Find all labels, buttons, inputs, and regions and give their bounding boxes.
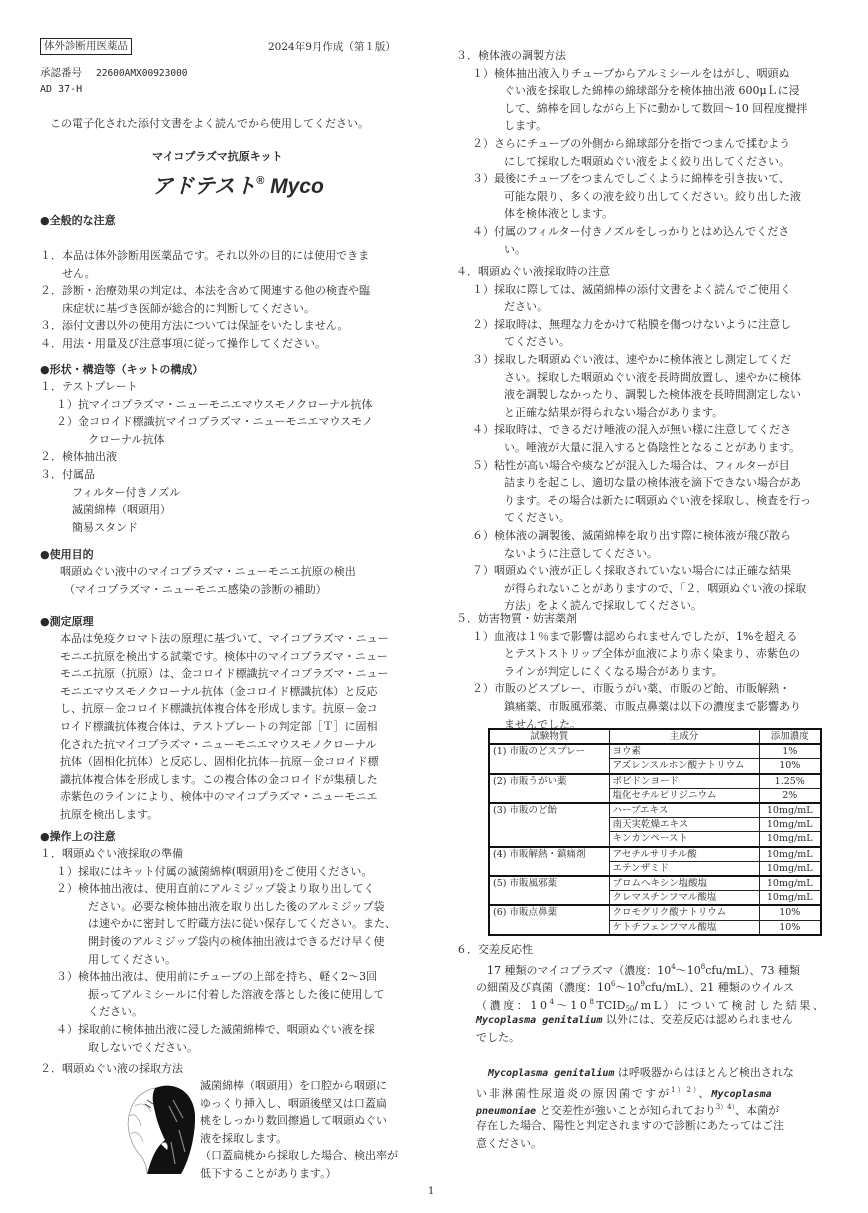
handling-sub4: ４．咽頭ぬぐい液採取時の注意 １）採取に際しては、滅菌綿棒の添付文書をよく読んで… [456,263,811,615]
paragraph-line: い非淋菌性尿道炎の原因菌ですが1）2）、Mycoplasma [456,1082,827,1100]
table-row: (3) 市販のど飴 ハーブエキス 10mg/mL [489,803,821,818]
list-item: ４）採取時は、できるだけ唾液の混入が無い様に注意してくださ [456,421,811,439]
list-item: ４）付属のフィルター付きノズルをしっかりとはめ込んでくださ [456,223,807,241]
list-item: ２）採取時は、無理な力をかけて粘膜を傷つけないように注意し [456,316,811,334]
list-item: てください。 [456,333,811,351]
general-precautions-heading: ●全般的な注意 [40,212,116,230]
list-item: ２）さらにチューブの外側から綿球部分を指でつまんで揉むよう [456,135,807,153]
list-item: 床症状に基づき医師が総合的に判断してください。 [40,300,370,318]
list-item: い。 [456,241,807,259]
handling-sub5: ５．妨害物質・妨害薬剤 １）血液は１％まで影響は認められませんでしたが、1%を超… [456,610,801,733]
list-item: 体を検体液とします。 [456,205,807,223]
list-item: ６）検体液の調製後、滅菌綿棒を取り出す際に検体液が飛び散ら [456,527,811,545]
list-item: １）検体抽出液入りチューブからアルミシールをはがし、咽頭ぬ [456,65,807,83]
paragraph-line: 存在した場合、陽性と判定されますので診断にあたってはご注 [456,1117,827,1135]
text-run: cfu/mL）、21 種類のウイルス [645,981,794,994]
component-cell: アセチルサリチル酸 [609,847,759,862]
list-item: ３．付属品 [40,466,373,484]
intended-use-heading: ●使用目的 [40,546,94,564]
paragraph-line: 意ください。 [456,1135,827,1153]
component-cell: ブロムヘキシン塩酸塩 [609,876,759,891]
subsection-heading: ３．検体液の調製方法 [456,47,807,65]
interference-table: 試験物質 主成分 添加濃度 (1) 市販のどスプレー ヨウ素 1% アズレンスル… [488,728,822,936]
text-run: 、本菌が [735,1104,779,1117]
component-cell: アズレンスルホン酸ナトリウム [609,759,759,774]
list-item: １）血液は１％まで影響は認められませんでしたが、1%を超える [456,628,801,646]
principle-text: 本品は免疫クロマト法の原理に基づいて、マイコプラズマ・ニュー モニエ抗原を検出す… [40,630,389,824]
kit-composition-heading: ●形状・構造等（キットの構成） [40,361,203,379]
list-item: とテストストリップ全体が血液により赤く染まり、赤紫色の [456,645,801,663]
list-item: クローナル抗体 [40,431,373,449]
list-item: 取しないでください。 [40,1039,396,1057]
species-name: Mycoplasma genitalium [476,1015,602,1026]
component-cell: クロモグリク酸ナトリウム [609,905,759,920]
subsection-heading: ４．咽頭ぬぐい液採取時の注意 [456,263,811,281]
list-item: 用してください。 [40,951,396,969]
paragraph-line: （濃度：104～108TCID50/mL）について検討した結果、 [456,994,827,1012]
paragraph-line: 低下することがあります。） [200,1165,398,1183]
text-run: ～10 [676,964,701,977]
product-name-suffix: Myco [270,175,324,198]
concentration-cell: 1.25% [759,774,821,789]
list-item: します。 [456,117,807,135]
approval-label: 承認番号 [40,67,82,79]
list-item: して、綿棒を回しながら上下に動かして数回～10 回程度攪拌 [456,100,807,118]
concentration-cell: 10% [759,920,821,935]
paragraph-line: 化された抗マイコプラズマ・ニューモニエマウスモノクローナル [60,736,389,754]
list-item: 鎮痛薬、市販風邪薬、市販点鼻薬は以下の濃度まで影響あり [456,698,801,716]
paragraph-line: 赤紫色のラインにより、検体中のマイコプラズマ・ニューモニエ [60,788,389,806]
species-name: pneumoniae [476,1106,536,1117]
substance-cell: (5) 市販風邪薬 [489,876,609,905]
list-item: てください。 [456,509,811,527]
column-header: 添加濃度 [759,729,821,744]
intended-use-text: 咽頭ぬぐい液中のマイコプラズマ・ニューモニエ抗原の検出 （マイコプラズマ・ニュー… [40,563,356,598]
list-item: 可能な限り、多くの液を絞り出してください。絞り出した液 [456,188,807,206]
list-item: ７）咽頭ぬぐい液が正しく採取されていない場合には正確な結果 [456,562,811,580]
list-item: ４）採取前に検体抽出液に浸した滅菌綿棒で、咽頭ぬぐい液を採 [40,1021,396,1039]
list-item: ３）最後にチューブをつまんでしごくように綿棒を引き抜いて、 [456,170,807,188]
paragraph-line: Mycoplasma genitalium 以外には、交差反応は認められません [456,1011,827,1029]
concentration-cell: 10mg/mL [759,861,821,876]
text-run: TCID [597,999,626,1012]
list-item: は速やかに密封して貯蔵方法に従い保存してください。また、 [40,915,396,933]
table-row: (2) 市販うがい薬 ポビドンヨード 1.25% [489,774,821,789]
subsection-heading: ６．交差反応性 [456,941,827,959]
paragraph-line: （口蓋扁桃から採取した場合、検出率が [200,1147,398,1165]
table-row: (5) 市販風邪薬 ブロムヘキシン塩酸塩 10mg/mL [489,876,821,891]
handling-sub6: ６．交差反応性 17 種類のマイコプラズマ（濃度：104～108cfu/mL）、… [456,941,827,1152]
concentration-cell: 10mg/mL [759,891,821,906]
paragraph-line: pneumoniae と交差性が強いことが知られており3）4）、本菌が [456,1099,827,1117]
list-item: と正確な結果が得られない場合があります。 [456,404,811,422]
subsection-heading: １．咽頭ぬぐい液採取の準備 [40,845,396,863]
list-item: さい。採取した咽頭ぬぐい液を長時間放置し、速やかに検体 [456,369,811,387]
list-item: ２）金コロイド標識抗マイコプラズマ・ニューモニエマウスモノ [40,413,373,431]
species-name: Mycoplasma genitalium [488,1068,614,1079]
kit-composition-list: １．テストプレート １）抗マイコプラズマ・ニューモニエマウスモノクローナル抗体 … [40,378,373,536]
list-item: １）採取に際しては、滅菌綿棒の添付文書をよく読んでご使用く [456,281,811,299]
paragraph-line: 本品は免疫クロマト法の原理に基づいて、マイコプラズマ・ニュー [60,630,389,648]
product-name: アドテスト® Myco [152,168,324,200]
list-item: 簡易スタンド [40,519,373,537]
paragraph-line: 抗体（固相化抗体）と反応し、固相化抗体－抗原－金コロイド標 [60,753,389,771]
paragraph-line: （マイコプラズマ・ニューモニエ感染の診断の補助） [60,581,356,599]
text-run: ～10 [557,999,590,1012]
handling-sub2-heading: ２．咽頭ぬぐい液の採取方法 [40,1060,183,1078]
document-type-tag: 体外診断用医薬品 [40,38,132,55]
concentration-cell: 2% [759,788,821,803]
registered-mark: ® [256,175,264,187]
exponent: 4 [550,998,557,1006]
handling-sub1: １．咽頭ぬぐい液採取の準備 １）採取にはキット付属の滅菌綿棒(咽頭用)をご使用く… [40,845,396,1056]
column-header: 主成分 [609,729,759,744]
general-precautions-list: １．本品は体外診断用医薬品です。それ以外の目的には使用できま せん。 ２．診断・… [40,247,370,353]
concentration-cell: 10mg/mL [759,803,821,818]
text-run: と交差性が強いことが知られており [536,1104,716,1117]
paragraph-line: 咽頭ぬぐい液中のマイコプラズマ・ニューモニエ抗原の検出 [60,563,356,581]
list-item: ２）市販のどスプレー、市販うがい薬、市販のど飴、市販解熱・ [456,680,801,698]
table-row: (1) 市販のどスプレー ヨウ素 1% [489,744,821,759]
list-item: 詰まりを起こし、適切な量の検体液を滴下できない場合があ [456,474,811,492]
component-cell: キンカンペースト [609,832,759,847]
list-item: にして採取した咽頭ぬぐい液をよく絞り出してください。 [456,153,807,171]
list-item: ださい。必要な検体抽出液を取り出した後のアルミジップ袋 [40,898,396,916]
issue-date: 2024年9月作成（第１版） [268,39,396,57]
exponent: 8 [589,998,596,1006]
component-cell: 南天実乾燥エキス [609,818,759,832]
list-item: ４．用法・用量及び注意事項に従って操作してください。 [40,335,370,353]
column-header: 試験物質 [489,729,609,744]
list-item: ださい。 [456,298,811,316]
table-header-row: 試験物質 主成分 添加濃度 [489,729,821,744]
list-item: い。唾液が大量に混入すると偽陰性となることがあります。 [456,439,811,457]
concentration-cell: 10mg/mL [759,818,821,832]
handling-heading: ●操作上の注意 [40,828,116,846]
concentration-cell: 1% [759,744,821,759]
paragraph-line: 17 種類のマイコプラズマ（濃度：104～108cfu/mL）、73 種類 [456,959,827,977]
concentration-cell: 10mg/mL [759,847,821,862]
document-code: AD 37-H [40,81,82,99]
list-item: ラインが判定しにくくなる場合があります。 [456,663,801,681]
list-item: ３．添付文書以外の使用方法については保証をいたしません。 [40,317,370,335]
list-item: 振ってアルミシールに付着した溶液を落とした後に使用して [40,986,396,1004]
substance-cell: (4) 市販解熱・鎮痛剤 [489,847,609,876]
text-run: は呼吸器からはほとんど検出されな [614,1066,794,1079]
paragraph-line: 液を採取します。 [200,1130,398,1148]
list-item: １）抗マイコプラズマ・ニューモニエマウスモノクローナル抗体 [40,396,373,414]
text-run: の細菌及び真菌（濃度：10 [476,981,611,994]
throat-swab-illustration [125,1082,195,1174]
component-cell: ポビドンヨード [609,774,759,789]
component-cell: ケトチフェンフマル酸塩 [609,920,759,935]
list-item: ります。その場合は新たに咽頭ぬぐい液を採取し、検査を行っ [456,492,811,510]
approval-number-line: 承認番号22600AMX00923000 [40,66,188,81]
page-number: 1 [428,1183,434,1201]
substance-cell: (3) 市販のど飴 [489,803,609,847]
approval-number: 22600AMX00923000 [96,68,188,79]
text-run: 17 種類のマイコプラズマ（濃度：10 [476,964,671,977]
text-run: （濃度：10 [476,999,550,1012]
substance-cell: (1) 市販のどスプレー [489,744,609,773]
product-name-main: アドテスト [152,175,256,198]
paragraph-line: 滅菌綿棒（咽頭用）を口腔から咽頭に [200,1077,398,1095]
list-item: ください。 [40,1003,396,1021]
paragraph-line: し、抗原－金コロイド標識抗体複合体を形成します。抗原－金コ [60,700,389,718]
list-item: ないように注意してください。 [456,545,811,563]
component-cell: ハーブエキス [609,803,759,818]
concentration-cell: 10mg/mL [759,876,821,891]
list-item: ２．検体抽出液 [40,448,373,466]
table-row: (6) 市販点鼻薬 クロモグリク酸ナトリウム 10% [489,905,821,920]
paragraph-line: 識抗体複合体を形成します。この複合体の金コロイドが集積した [60,771,389,789]
read-notice: この電子化された添付文書をよく読んでから使用してください。 [50,115,369,133]
list-item: ５）粘性が高い場合や痰などが混入した場合は、フィルターが目 [456,457,811,475]
principle-heading: ●測定原理 [40,613,94,631]
paragraph-line: モニエマウスモノクローナル抗体（金コロイド標識抗体）と反応 [60,683,389,701]
list-item: せん。 [40,265,370,283]
list-item: １．テストプレート [40,378,373,396]
swab-method-text: 滅菌綿棒（咽頭用）を口腔から咽頭に ゆっくり挿入し、咽頭後壁又は口蓋扁 桃をしっ… [200,1077,398,1183]
text-run: /mL）について検討した結果、 [634,999,826,1012]
product-category: マイコプラズマ抗原キット [152,148,283,166]
citation: 3）4） [716,1103,735,1111]
list-item: ３）検体抽出液は、使用前にチューブの上部を持ち、軽く2～3回 [40,968,396,986]
text-run: cfu/mL）、73 種類 [705,964,800,977]
list-item: １）採取にはキット付属の滅菌綿棒(咽頭用)をご使用ください。 [40,863,396,881]
text-run: 以外には、交差反応は認められません [602,1013,793,1026]
concentration-cell: 10% [759,759,821,774]
table-row: (4) 市販解熱・鎮痛剤 アセチルサリチル酸 10mg/mL [489,847,821,862]
paragraph-line: モニエ抗原（抗原）は、金コロイド標識抗マイコプラズマ・ニュー [60,665,389,683]
handling-sub3: ３．検体液の調製方法 １）検体抽出液入りチューブからアルミシールをはがし、咽頭ぬ… [456,47,807,258]
concentration-cell: 10mg/mL [759,832,821,847]
text-run: ～10 [615,981,640,994]
paragraph-line: ゆっくり挿入し、咽頭後壁又は口蓋扁 [200,1095,398,1113]
text-run: 、 [698,1087,711,1100]
concentration-cell: 10% [759,905,821,920]
component-cell: エテンザミド [609,861,759,876]
list-item: １．本品は体外診断用医薬品です。それ以外の目的には使用できま [40,247,370,265]
species-name: Mycoplasma [711,1089,771,1100]
text-run: い非淋菌性尿道炎の原因菌ですが [476,1087,671,1100]
list-item: ぐい液を採取した綿棒の綿球部分を検体抽出液 600μＬに浸 [456,82,807,100]
component-cell: クレマスチンフマル酸塩 [609,891,759,906]
component-cell: 塩化セチルピリジニウム [609,788,759,803]
component-cell: ヨウ素 [609,744,759,759]
list-item: 開封後のアルミジップ袋内の検体抽出液はできるだけ早く使 [40,933,396,951]
list-item: が得られないことがありますので、「２．咽頭ぬぐい液の採取 [456,580,811,598]
paragraph-line: でした。 [456,1029,827,1047]
list-item: 液を調製しなかったり、調製した検体液を長時間測定しない [456,386,811,404]
paragraph-line: の細菌及び真菌（濃度：106～109cfu/mL）、21 種類のウイルス [456,976,827,994]
list-item: ２．診断・治療効果の判定は、本法を含めて関連する他の検査や臨 [40,282,370,300]
list-item: ３）採取した咽頭ぬぐい液は、速やかに検体液とし測定してくだ [456,351,811,369]
list-item: 滅菌綿棒（咽頭用） [40,501,373,519]
paragraph-line: 抗原を検出します。 [60,806,389,824]
substance-cell: (2) 市販うがい薬 [489,774,609,803]
subsection-heading: ５．妨害物質・妨害薬剤 [456,610,801,628]
list-item: フィルター付きノズル [40,484,373,502]
paragraph-line: ロイド標識抗体複合体は、テストプレートの判定部［Ｔ］に固相 [60,718,389,736]
citation: 1）2） [671,1086,698,1094]
list-item: ２）検体抽出液は、使用直前にアルミジップ袋より取り出してく [40,880,396,898]
paragraph-line: モニエ抗原を検出する試薬です。検体中のマイコプラズマ・ニュー [60,648,389,666]
paragraph-line: Mycoplasma genitalium は呼吸器からはほとんど検出されな [456,1064,827,1082]
paragraph-line: 桃をしっかり数回擦過して咽頭ぬぐい [200,1112,398,1130]
substance-cell: (6) 市販点鼻薬 [489,905,609,934]
